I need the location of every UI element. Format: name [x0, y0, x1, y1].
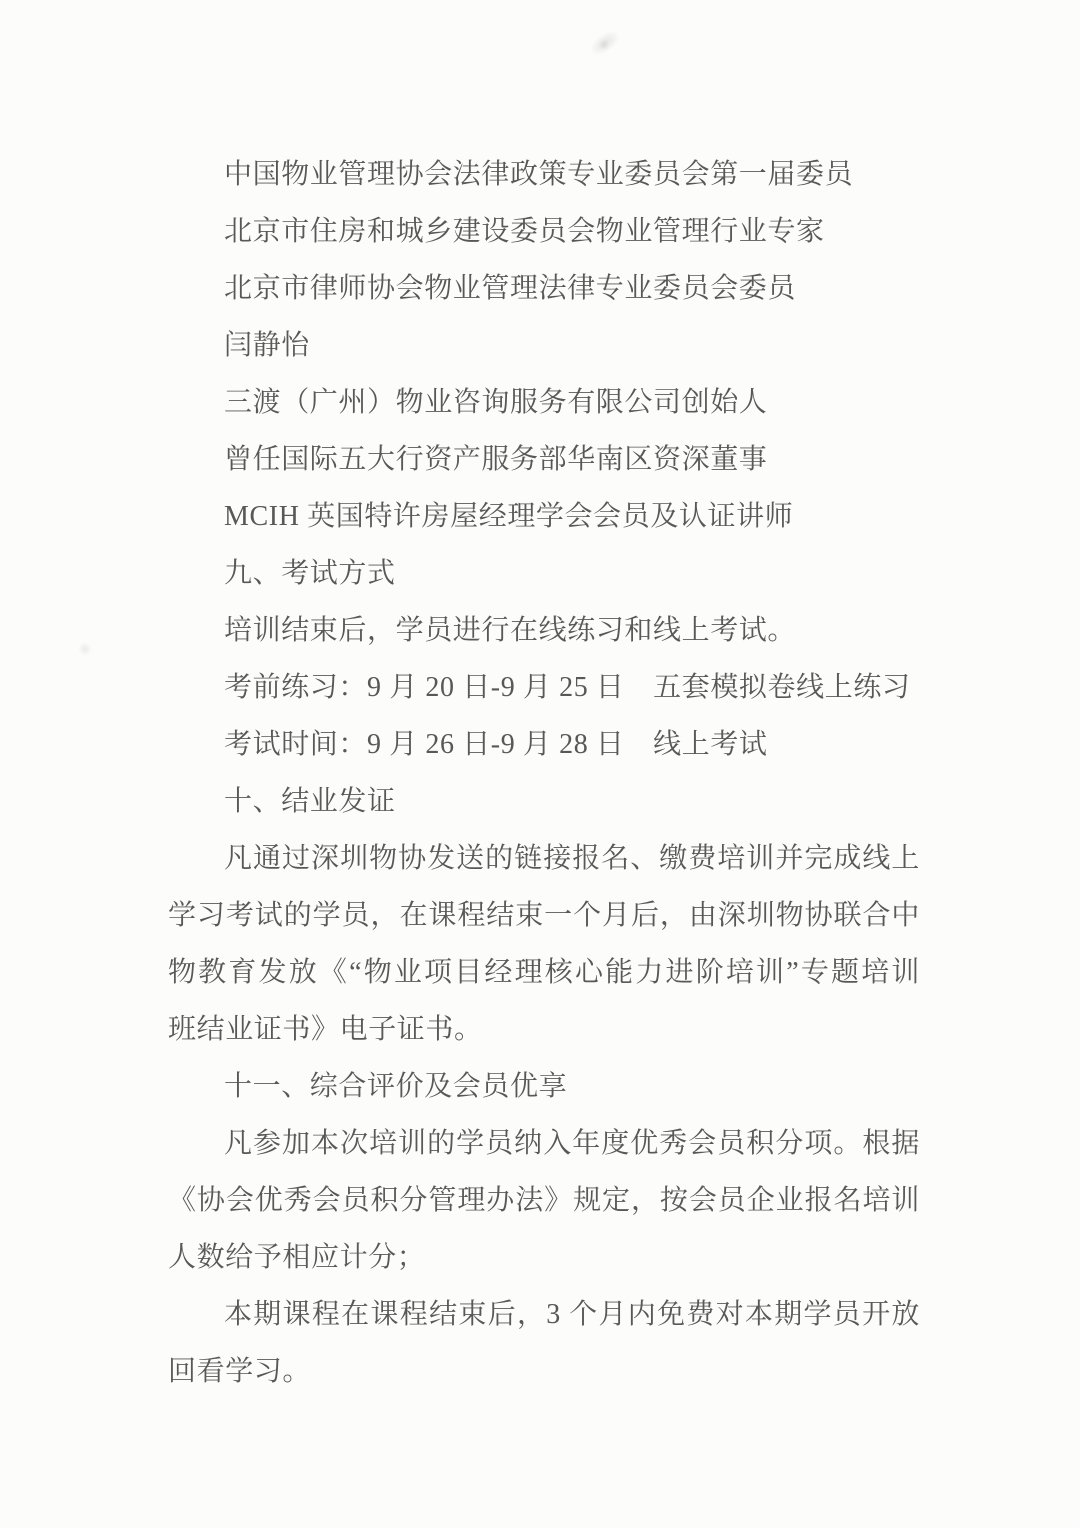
document-text-block: 中国物业管理协会法律政策专业委员会第一届委员 北京市住房和城乡建设委员会物业管理… [168, 146, 920, 1400]
scan-artifact [598, 40, 610, 50]
text-line: MCIH 英国特许房屋经理学会会员及认证讲师 [168, 488, 920, 545]
document-page: 中国物业管理协会法律政策专业委员会第一届委员 北京市住房和城乡建设委员会物业管理… [0, 0, 1080, 1528]
text-line: 凡参加本次培训的学员纳入年度优秀会员积分项。根据 [168, 1115, 920, 1172]
text-line: 本期课程在课程结束后，3 个月内免费对本期学员开放 [168, 1286, 920, 1343]
text-line: 北京市律师协会物业管理法律专业委员会委员 [168, 260, 920, 317]
text-line: 回看学习。 [168, 1343, 920, 1400]
text-line: 北京市住房和城乡建设委员会物业管理行业专家 [168, 203, 920, 260]
text-line: 凡通过深圳物协发送的链接报名、缴费培训并完成线上 [168, 830, 920, 887]
scan-artifact [78, 642, 92, 656]
text-line: 班结业证书》电子证书。 [168, 1001, 920, 1058]
text-line: 考前练习：9 月 20 日-9 月 25 日 五套模拟卷线上练习 [168, 659, 920, 716]
text-line: 中国物业管理协会法律政策专业委员会第一届委员 [168, 146, 920, 203]
text-line: 《协会优秀会员积分管理办法》规定，按会员企业报名培训 [168, 1172, 920, 1229]
text-line: 培训结束后，学员进行在线练习和线上考试。 [168, 602, 920, 659]
text-line: 曾任国际五大行资产服务部华南区资深董事 [168, 431, 920, 488]
text-line: 闫静怡 [168, 317, 920, 374]
section-heading: 十、结业发证 [168, 773, 920, 830]
text-line: 人数给予相应计分； [168, 1229, 920, 1286]
scan-artifact [586, 26, 624, 60]
text-line: 学习考试的学员，在课程结束一个月后，由深圳物协联合中 [168, 887, 920, 944]
section-heading: 九、考试方式 [168, 545, 920, 602]
text-line: 三渡（广州）物业咨询服务有限公司创始人 [168, 374, 920, 431]
text-line: 考试时间：9 月 26 日-9 月 28 日 线上考试 [168, 716, 920, 773]
section-heading: 十一、综合评价及会员优享 [168, 1058, 920, 1115]
text-line: 物教育发放《“物业项目经理核心能力进阶培训”专题培训 [168, 944, 920, 1001]
